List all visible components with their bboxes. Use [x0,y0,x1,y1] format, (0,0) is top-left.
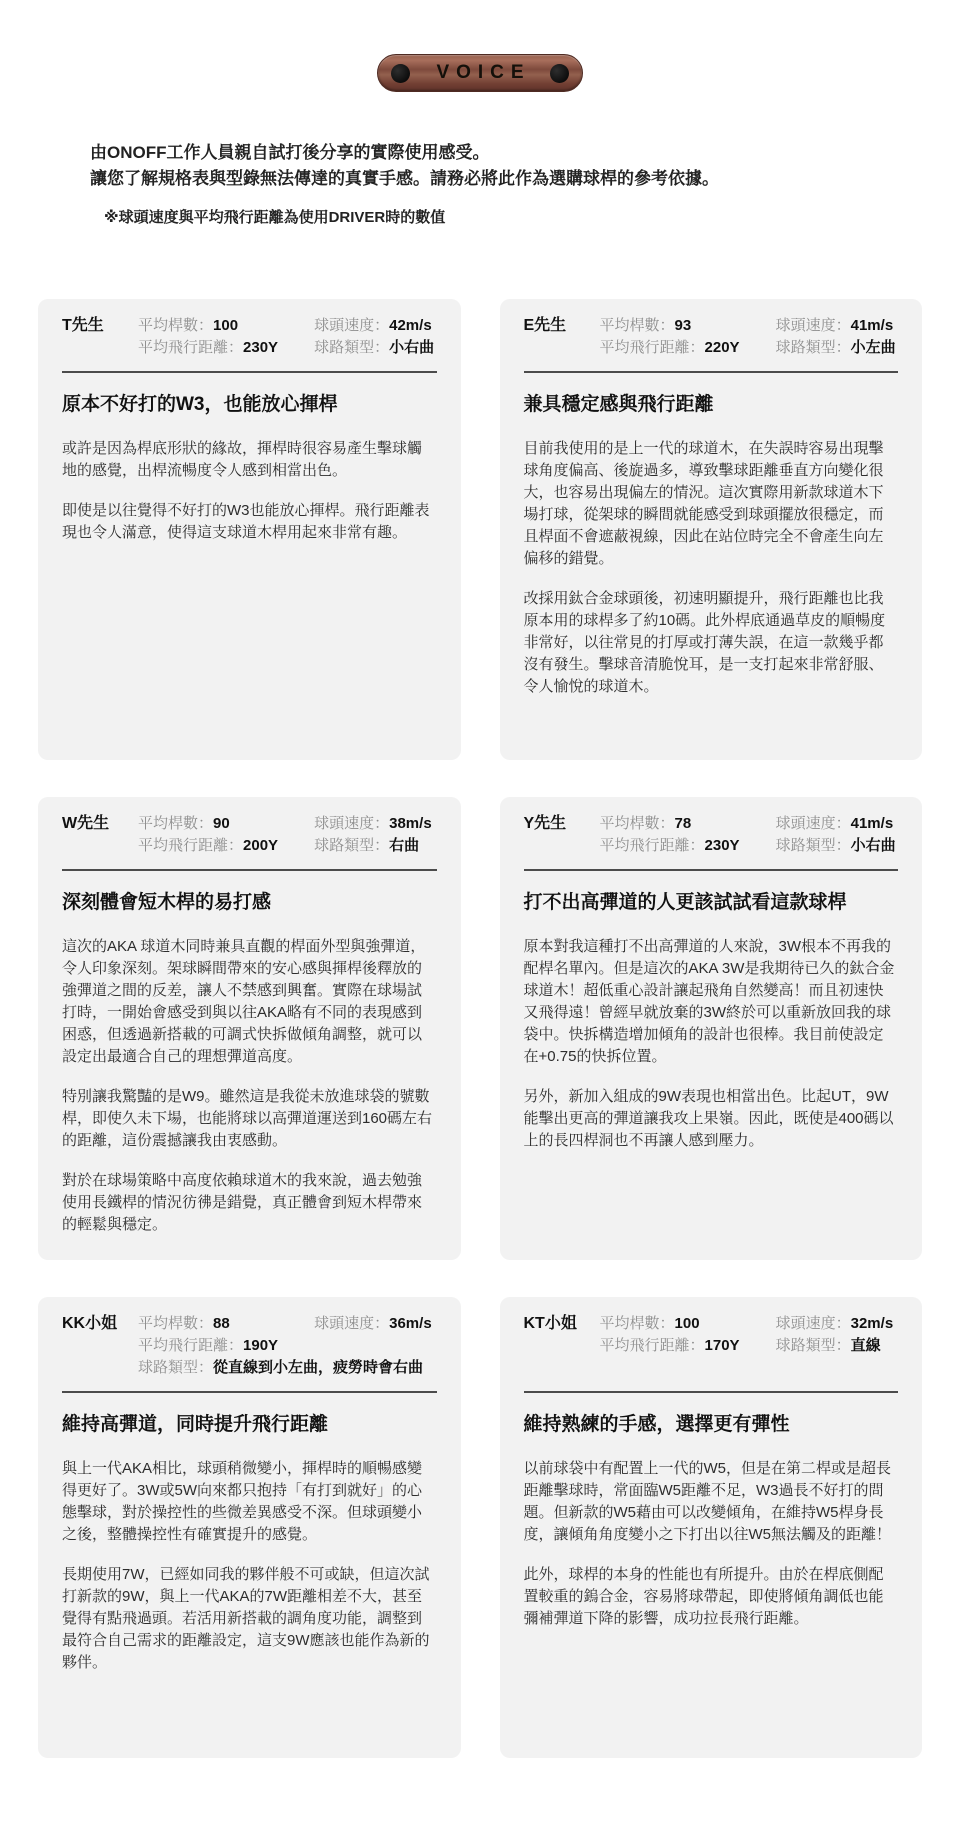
card-title: 維持高彈道，同時提升飛行距離 [62,1409,437,1436]
header-divider [62,1391,437,1393]
voice-badge-wrap: VOICE [0,0,960,92]
stats: 平均桿數：100 球頭速度：32m/s 平均飛行距離：170Y 球路類型：直線 [600,1313,899,1357]
person-name: KT小姐 [524,1313,600,1335]
card-paragraph: 特別讓我驚豔的是W9。雖然這是我從未放進球袋的號數桿，即使久未下場，也能將球以高… [62,1086,437,1152]
stat-ball-flight: 球路類型：右曲 [314,835,436,857]
stat-average-distance: 平均飛行距離：170Y [600,1335,776,1357]
card-paragraph: 目前我使用的是上一代的球道木，在失誤時容易出現擊球角度偏高、後旋過多，導致擊球距… [524,438,899,570]
voice-card-w: W先生 平均桿數：90 球頭速度：38m/s 平均飛行距離：200Y 球路類型：… [38,797,461,1260]
intro-text: 由ONOFF工作人員親自試打後分享的實際使用感受。 讓您了解規格表與型錄無法傳達… [90,140,870,192]
voice-card-y: Y先生 平均桿數：78 球頭速度：41m/s 平均飛行距離：230Y 球路類型：… [500,797,923,1260]
voice-card-e: E先生 平均桿數：93 球頭速度：41m/s 平均飛行距離：220Y 球路類型：… [500,299,923,760]
card-paragraph: 即使是以往覺得不好打的W3也能放心揮桿。飛行距離表現也令人滿意，使得這支球道木桿… [62,500,437,544]
header-divider [524,371,899,373]
card-header: T先生 平均桿數：100 球頭速度：42m/s 平均飛行距離：230Y 球路類型… [62,315,437,359]
card-header: E先生 平均桿數：93 球頭速度：41m/s 平均飛行距離：220Y 球路類型：… [524,315,899,359]
stat-average-distance: 平均飛行距離：230Y [138,337,314,359]
stat-average-score: 平均桿數：100 [600,1313,776,1335]
stats: 平均桿數：93 球頭速度：41m/s 平均飛行距離：220Y 球路類型：小左曲 [600,315,899,359]
stats: 平均桿數：88 球頭速度：36m/s 平均飛行距離：190Y 球路類型：從直線到… [138,1313,437,1379]
card-title: 打不出高彈道的人更該試試看這款球桿 [524,887,899,914]
voice-cards-grid: T先生 平均桿數：100 球頭速度：42m/s 平均飛行距離：230Y 球路類型… [38,299,922,1758]
voice-card-t: T先生 平均桿數：100 球頭速度：42m/s 平均飛行距離：230Y 球路類型… [38,299,461,760]
card-paragraph: 此外，球桿的本身的性能也有所提升。由於在桿底側配置較重的鎢合金，容易將球帶起，即… [524,1564,899,1630]
card-title: 兼具穩定感與飛行距離 [524,389,899,416]
card-paragraph: 這次的AKA 球道木同時兼具直觀的桿面外型與強彈道，令人印象深刻。架球瞬間帶來的… [62,936,437,1068]
person-name: W先生 [62,813,138,835]
driver-note: ※球頭速度與平均飛行距離為使用DRIVER時的數值 [104,206,870,227]
card-title: 維持熟練的手感，選擇更有彈性 [524,1409,899,1436]
card-paragraph: 另外，新加入組成的9W表現也相當出色。比起UT，9W能擊出更高的彈道讓我攻上果嶺… [524,1086,899,1152]
card-header: KK小姐 平均桿數：88 球頭速度：36m/s 平均飛行距離：190Y 球路類型… [62,1313,437,1379]
card-header: W先生 平均桿數：90 球頭速度：38m/s 平均飛行距離：200Y 球路類型：… [62,813,437,857]
stat-average-score: 平均桿數：78 [600,813,776,835]
stat-average-distance: 平均飛行距離：220Y [600,337,776,359]
header-divider [524,1391,899,1393]
voice-badge-label: VOICE [429,62,530,84]
stats: 平均桿數：90 球頭速度：38m/s 平均飛行距離：200Y 球路類型：右曲 [138,813,437,857]
card-paragraph: 以前球袋中有配置上一代的W5，但是在第二桿或是超長距離擊球時，常面臨W5距離不足… [524,1458,899,1546]
card-paragraph: 長期使用7W，已經如同我的夥伴般不可或缺，但這次試打新款的9W，與上一代AKA的… [62,1564,437,1674]
header-divider [524,869,899,871]
stat-average-distance: 平均飛行距離：200Y [138,835,314,857]
header-divider [62,371,437,373]
stats: 平均桿數：78 球頭速度：41m/s 平均飛行距離：230Y 球路類型：小右曲 [600,813,899,857]
card-title: 深刻體會短木桿的易打感 [62,887,437,914]
stat-head-speed: 球頭速度：41m/s [776,315,898,337]
rivet-left-icon [391,64,410,83]
stat-head-speed: 球頭速度：38m/s [314,813,436,835]
voice-badge: VOICE [377,54,583,92]
stat-ball-flight: 球路類型：從直線到小左曲，疲勞時會右曲 [138,1357,437,1379]
stat-average-score: 平均桿數：100 [138,315,314,337]
voice-card-kt: KT小姐 平均桿數：100 球頭速度：32m/s 平均飛行距離：170Y 球路類… [500,1297,923,1758]
card-header: Y先生 平均桿數：78 球頭速度：41m/s 平均飛行距離：230Y 球路類型：… [524,813,899,857]
card-paragraph: 或許是因為桿底形狀的緣故，揮桿時很容易產生擊球觸地的感覺，出桿流暢度令人感到相當… [62,438,437,482]
stat-ball-flight: 球路類型：小左曲 [776,337,898,359]
card-paragraph: 與上一代AKA相比，球頭稍微變小，揮桿時的順暢感變得更好了。3W或5W向來都只抱… [62,1458,437,1546]
header-divider [62,869,437,871]
intro-line-2: 讓您了解規格表與型錄無法傳達的真實手感。請務必將此作為選購球桿的參考依據。 [90,166,870,192]
card-header: KT小姐 平均桿數：100 球頭速度：32m/s 平均飛行距離：170Y 球路類… [524,1313,899,1379]
person-name: E先生 [524,315,600,337]
stat-head-speed: 球頭速度：41m/s [776,813,898,835]
stat-average-distance: 平均飛行距離：230Y [600,835,776,857]
stat-head-speed: 球頭速度：32m/s [776,1313,898,1335]
stat-head-speed: 球頭速度：42m/s [314,315,436,337]
card-title: 原本不好打的W3，也能放心揮桿 [62,389,437,416]
stat-head-speed: 球頭速度：36m/s [314,1313,436,1335]
person-name: KK小姐 [62,1313,138,1335]
voice-card-kk: KK小姐 平均桿數：88 球頭速度：36m/s 平均飛行距離：190Y 球路類型… [38,1297,461,1758]
card-paragraph: 原本對我這種打不出高彈道的人來說，3W根本不再我的配桿名單內。但是這次的AKA … [524,936,899,1068]
card-paragraph: 對於在球場策略中高度依賴球道木的我來說，過去勉強使用長鐵桿的情況彷彿是錯覺，真正… [62,1170,437,1236]
stat-average-distance: 平均飛行距離：190Y [138,1335,314,1357]
stat-average-score: 平均桿數：93 [600,315,776,337]
stat-ball-flight: 球路類型：小右曲 [776,835,898,857]
stat-ball-flight: 球路類型：小右曲 [314,337,436,359]
intro-line-1: 由ONOFF工作人員親自試打後分享的實際使用感受。 [90,140,870,166]
card-paragraph: 改採用鈦合金球頭後，初速明顯提升，飛行距離也比我原本用的球桿多了約10碼。此外桿… [524,588,899,698]
person-name: T先生 [62,315,138,337]
stat-average-score: 平均桿數：88 [138,1313,314,1335]
voice-page: VOICE 由ONOFF工作人員親自試打後分享的實際使用感受。 讓您了解規格表與… [0,0,960,1758]
stat-ball-flight: 球路類型：直線 [776,1335,898,1357]
stats: 平均桿數：100 球頭速度：42m/s 平均飛行距離：230Y 球路類型：小右曲 [138,315,437,359]
rivet-right-icon [550,64,569,83]
person-name: Y先生 [524,813,600,835]
stat-average-score: 平均桿數：90 [138,813,314,835]
